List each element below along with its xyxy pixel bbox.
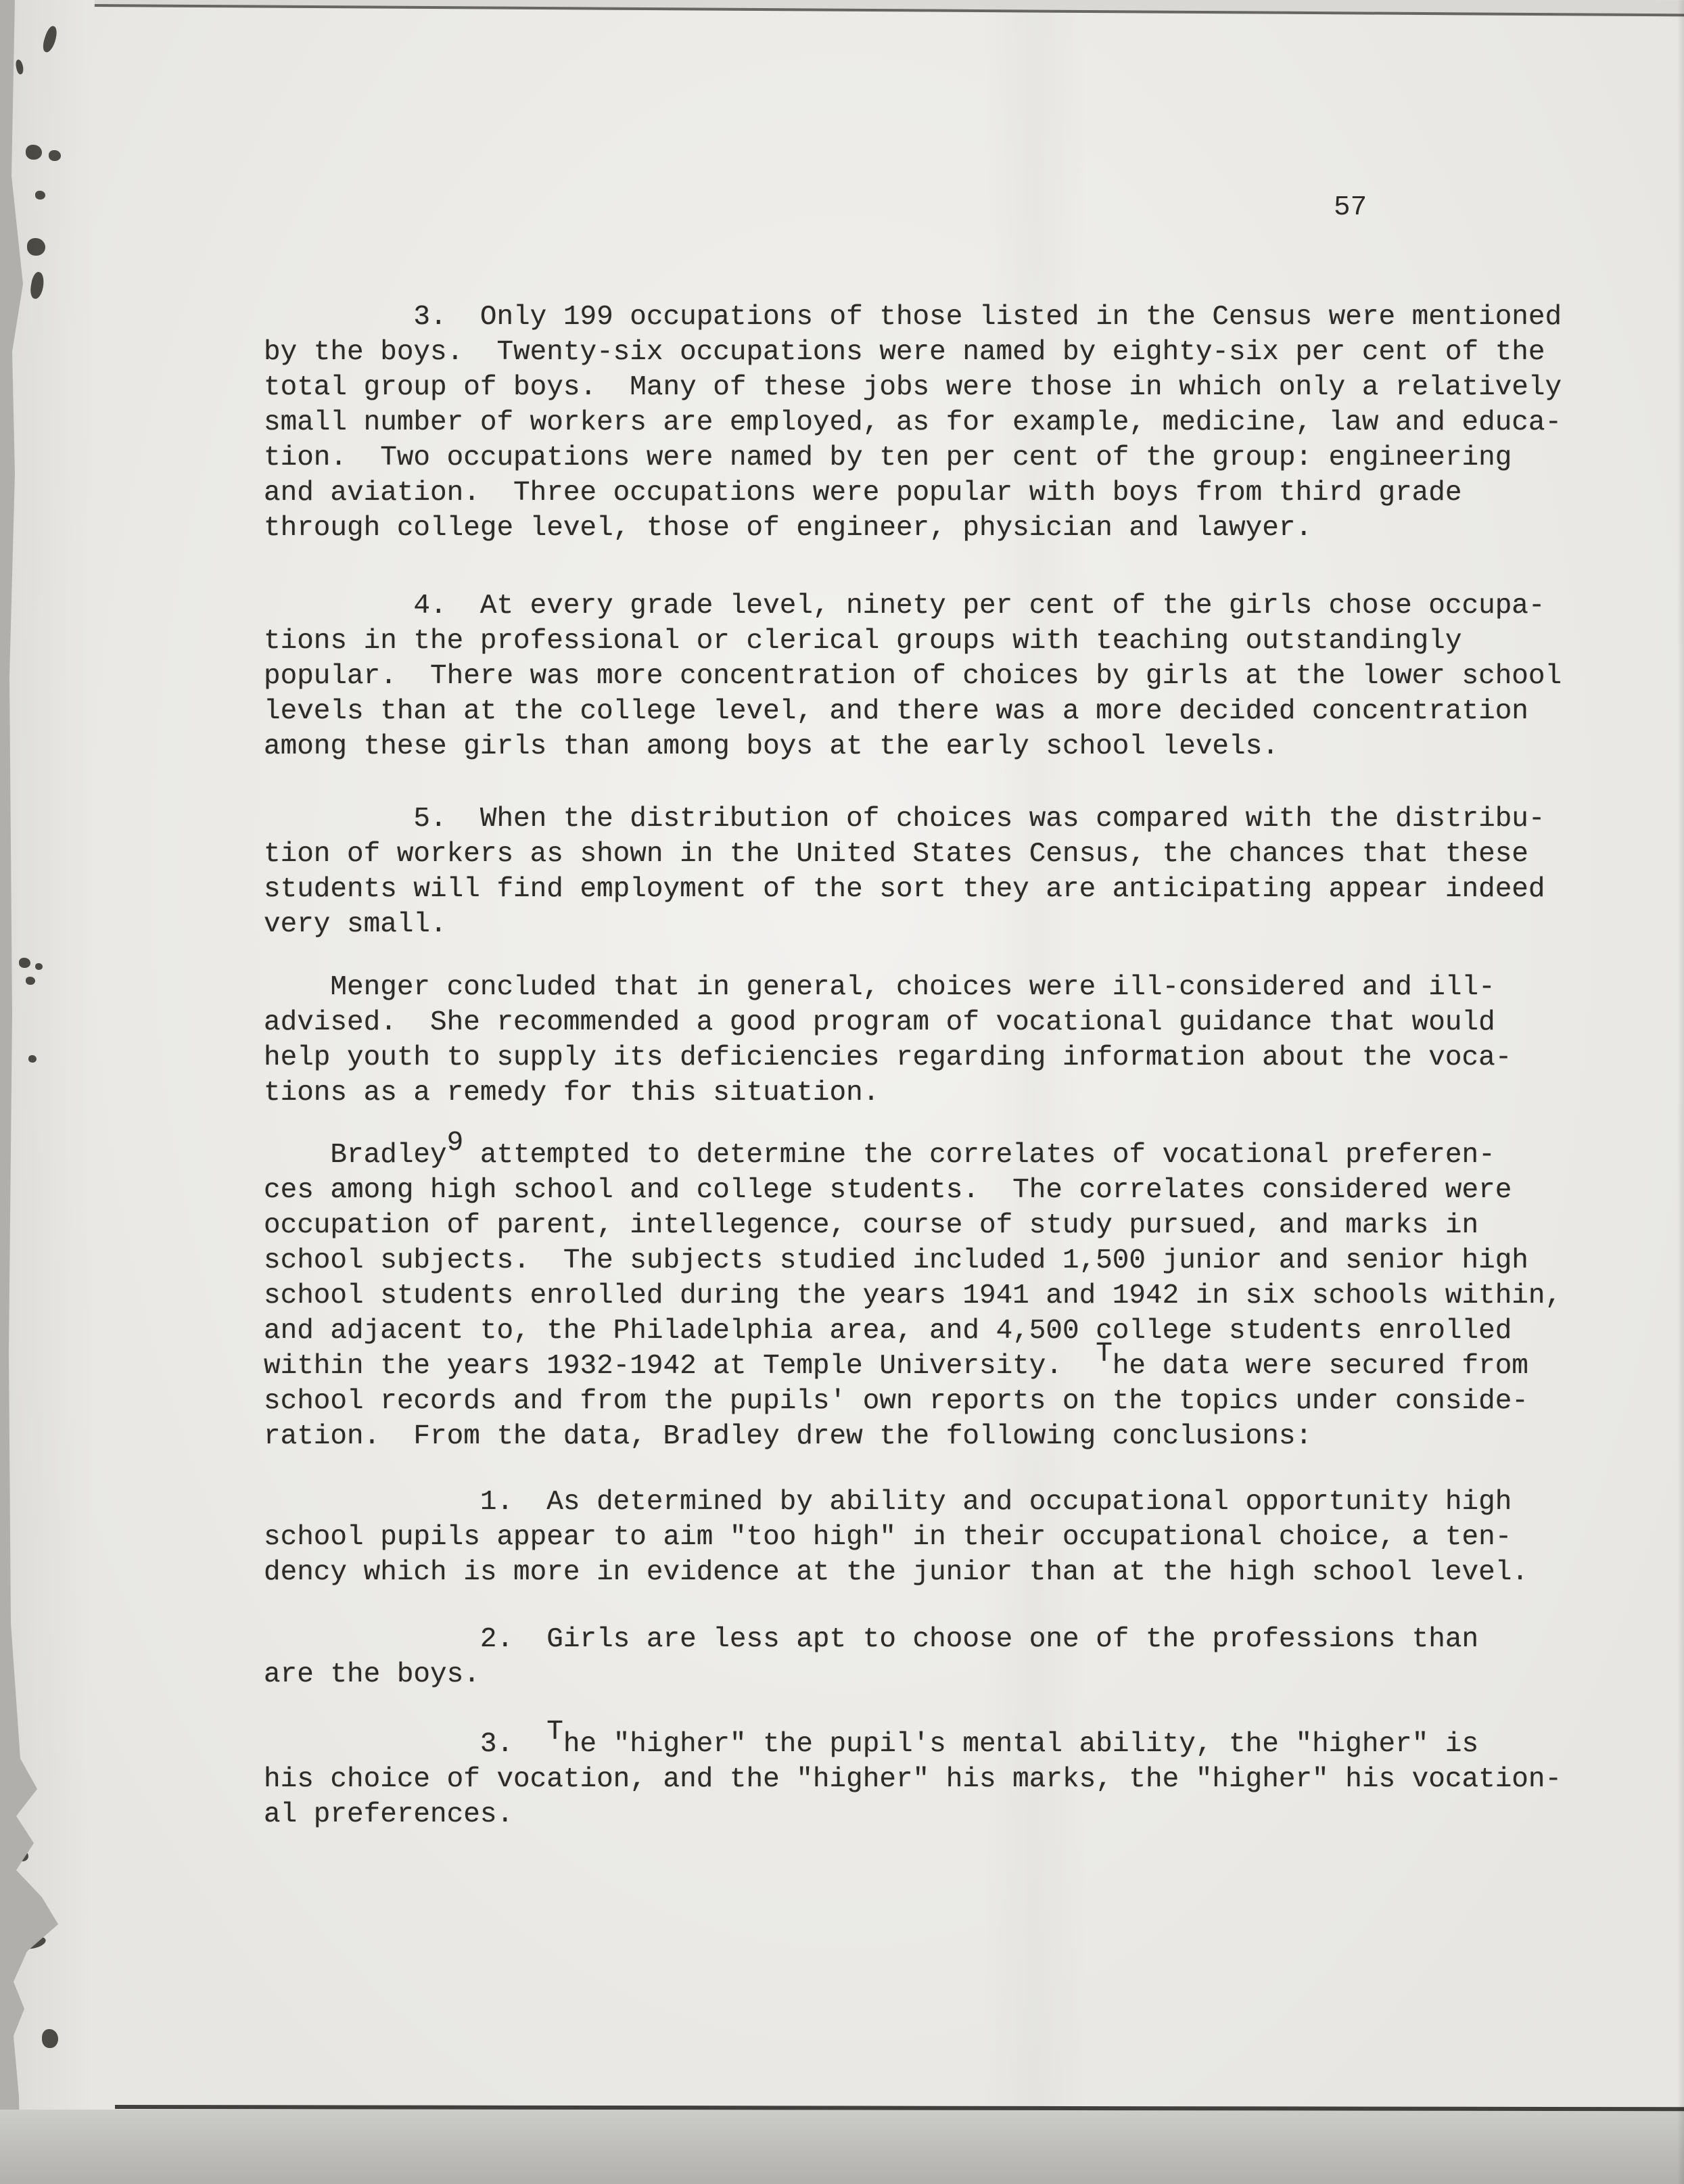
superscript: 9 xyxy=(447,1128,464,1159)
paragraph-conclusion-3: 3. The "higher" the pupil's mental abili… xyxy=(264,1727,1562,1832)
scanned-page: { "page": { "number": "57" }, "body": { … xyxy=(0,0,1684,2184)
text-line: Menger concluded that in general, choice… xyxy=(264,970,1512,1005)
ink-blot xyxy=(41,25,60,54)
ink-blot xyxy=(28,1055,37,1063)
text-line: occupation of parent, intellegence, cour… xyxy=(264,1208,1562,1243)
paragraph-menger-conclusion: Menger concluded that in general, choice… xyxy=(264,970,1512,1111)
text-line: al preferences. xyxy=(264,1797,1562,1832)
page-number: 57 xyxy=(1334,190,1367,225)
superscript: T xyxy=(546,1717,563,1748)
text-line: small number of workers are employed, as… xyxy=(264,405,1562,440)
text-line: 3. Only 199 occupations of those listed … xyxy=(264,300,1562,335)
text-line: tion of workers as shown in the United S… xyxy=(264,837,1545,872)
text-line: 4. At every grade level, ninety per cent… xyxy=(264,588,1562,624)
scan-right-edge xyxy=(1677,0,1684,2184)
ink-blot xyxy=(35,191,45,200)
text-line: are the boys. xyxy=(264,1657,1478,1692)
text-line: ration. From the data, Bradley drew the … xyxy=(264,1419,1562,1454)
text-line: tions in the professional or clerical gr… xyxy=(264,624,1562,659)
text-line: school records and from the pupils' own … xyxy=(264,1384,1562,1419)
text-line: levels than at the college level, and th… xyxy=(264,694,1562,729)
text-line: among these girls than among boys at the… xyxy=(264,729,1562,764)
text-line: through college level, those of engineer… xyxy=(264,511,1562,546)
text-line: very small. xyxy=(264,907,1545,942)
ink-blot xyxy=(27,238,45,256)
text-line: school subjects. The subjects studied in… xyxy=(264,1243,1562,1278)
text-line: 2. Girls are less apt to choose one of t… xyxy=(264,1622,1478,1657)
paragraph-conclusion-1: 1. As determined by ability and occupati… xyxy=(264,1485,1528,1590)
text-line: within the years 1932-1942 at Temple Uni… xyxy=(264,1349,1562,1384)
ink-blot xyxy=(26,977,35,985)
text-line: ces among high school and college studen… xyxy=(264,1173,1562,1208)
ink-blot xyxy=(42,2029,58,2048)
text-line: school students enrolled during the year… xyxy=(264,1278,1562,1314)
superscript: T xyxy=(1096,1339,1113,1370)
text-line: advised. She recommended a good program … xyxy=(264,1005,1512,1040)
text-line: 5. When the distribution of choices was … xyxy=(264,801,1545,837)
text-line: his choice of vocation, and the "higher"… xyxy=(264,1762,1562,1797)
ink-blot xyxy=(49,150,61,161)
paper-background: 57 3. Only 199 occupations of those list… xyxy=(0,0,1684,2184)
text-line: school pupils appear to aim "too high" i… xyxy=(264,1520,1528,1555)
text-line: tion. Two occupations were named by ten … xyxy=(264,440,1562,475)
ink-blot xyxy=(19,958,30,968)
text-line: students will find employment of the sor… xyxy=(264,872,1545,907)
paragraph-bradley-study: Bradley9 attempted to determine the corr… xyxy=(264,1138,1562,1454)
paragraph-item-5-distribution-of-choices: 5. When the distribution of choices was … xyxy=(264,801,1545,942)
text-line: and adjacent to, the Philadelphia area, … xyxy=(264,1314,1562,1349)
text-line: help youth to supply its deficiencies re… xyxy=(264,1040,1512,1075)
ink-blot xyxy=(15,59,24,74)
ink-blot xyxy=(35,963,43,970)
torn-left-edge xyxy=(0,0,74,2184)
text-line: popular. There was more concentration of… xyxy=(264,659,1562,694)
paragraph-item-3-boys-occupations: 3. Only 199 occupations of those listed … xyxy=(264,300,1562,546)
paragraph-item-4-girls-occupations: 4. At every grade level, ninety per cent… xyxy=(264,588,1562,764)
paragraph-conclusion-2: 2. Girls are less apt to choose one of t… xyxy=(264,1622,1478,1692)
scan-bottom-band xyxy=(0,2110,1684,2184)
text-line: total group of boys. Many of these jobs … xyxy=(264,370,1562,405)
text-line: 1. As determined by ability and occupati… xyxy=(264,1485,1528,1520)
text-line: 3. The "higher" the pupil's mental abili… xyxy=(264,1727,1562,1762)
text-line: by the boys. Twenty-six occupations were… xyxy=(264,335,1562,370)
ink-blot xyxy=(29,271,46,300)
text-line: dency which is more in evidence at the j… xyxy=(264,1555,1528,1590)
text-line: Bradley9 attempted to determine the corr… xyxy=(264,1138,1562,1173)
text-line: and aviation. Three occupations were pop… xyxy=(264,475,1562,511)
text-line: tions as a remedy for this situation. xyxy=(264,1075,1512,1111)
ink-blot xyxy=(26,145,42,160)
scan-top-edge xyxy=(95,0,1684,17)
